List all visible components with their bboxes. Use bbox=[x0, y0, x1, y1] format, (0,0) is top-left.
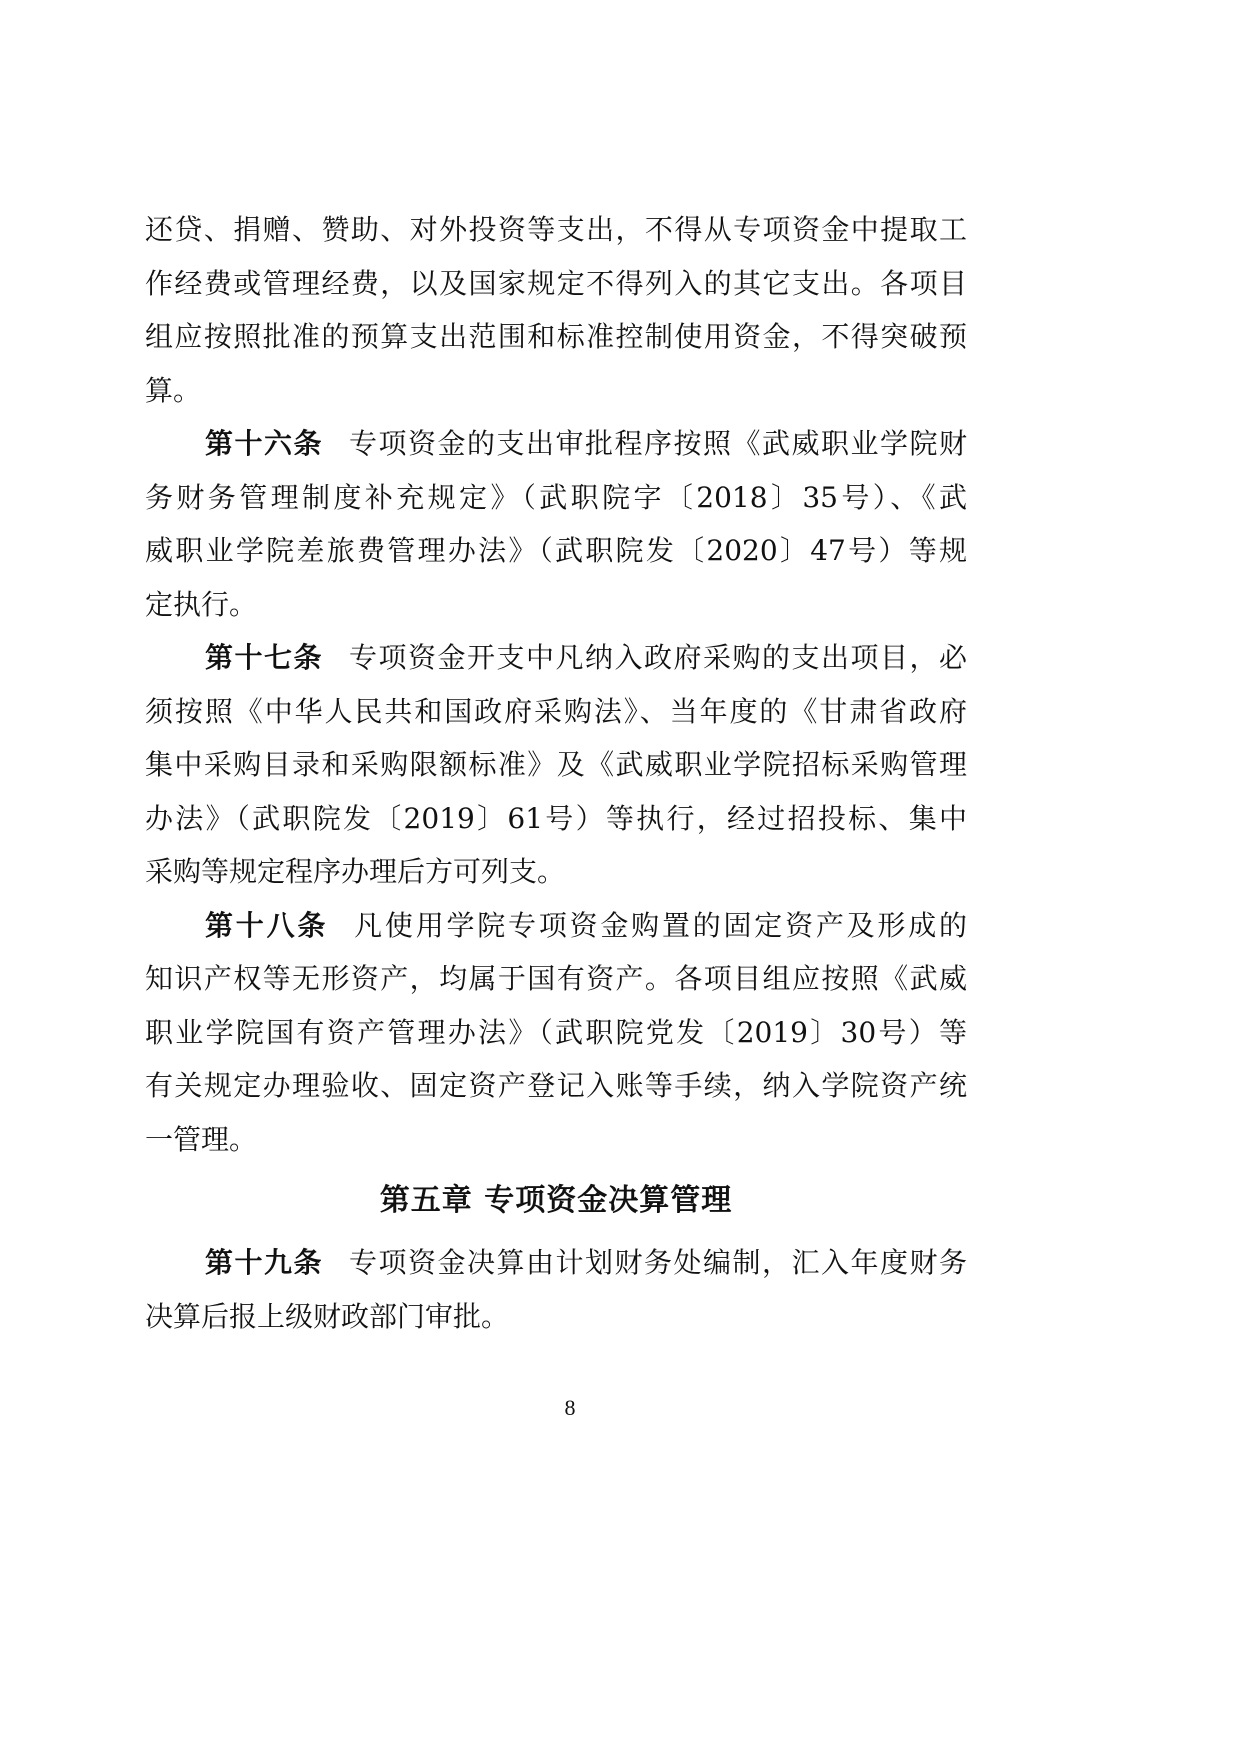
text-line: 须按照《中华人民共和国政府采购法》、当年度的《甘肃省政府 bbox=[145, 685, 967, 739]
article-label: 第十七条 bbox=[205, 641, 323, 674]
article-first-line: 第十八条凡使用学院专项资金购置的固定资产及形成的 bbox=[145, 899, 967, 953]
article-label: 第十九条 bbox=[205, 1246, 323, 1279]
article-18: 第十八条凡使用学院专项资金购置的固定资产及形成的 知识产权等无形资产，均属于国有… bbox=[145, 899, 967, 1167]
text-line: 定执行。 bbox=[145, 578, 967, 632]
text-line: 决算后报上级财政部门审批。 bbox=[145, 1290, 967, 1344]
article-label: 第十六条 bbox=[205, 427, 323, 460]
article-text: 凡使用学院专项资金购置的固定资产及形成的 bbox=[354, 909, 967, 942]
text-line: 知识产权等无形资产，均属于国有资产。各项目组应按照《武威 bbox=[145, 952, 967, 1006]
continuation-paragraph: 还贷、捐赠、赞助、对外投资等支出，不得从专项资金中提取工 作经费或管理经费，以及… bbox=[145, 203, 967, 417]
text-line: 办法》（武职院发〔2019〕61号）等执行，经过招投标、集中 bbox=[145, 792, 967, 846]
article-17: 第十七条专项资金开支中凡纳入政府采购的支出项目，必 须按照《中华人民共和国政府采… bbox=[145, 631, 967, 899]
page-number: 8 bbox=[0, 1395, 1140, 1421]
article-label: 第十八条 bbox=[205, 909, 328, 942]
article-19: 第十九条专项资金决算由计划财务处编制，汇入年度财务 决算后报上级财政部门审批。 bbox=[145, 1236, 967, 1343]
text-line: 采购等规定程序办理后方可列支。 bbox=[145, 845, 967, 899]
text-line: 一管理。 bbox=[145, 1113, 967, 1167]
article-first-line: 第十六条专项资金的支出审批程序按照《武威职业学院财 bbox=[145, 417, 967, 471]
article-first-line: 第十九条专项资金决算由计划财务处编制，汇入年度财务 bbox=[145, 1236, 967, 1290]
text-line: 务财务管理制度补充规定》（武职院字〔2018〕35号）、《武 bbox=[145, 471, 967, 525]
document-body: 还贷、捐赠、赞助、对外投资等支出，不得从专项资金中提取工 作经费或管理经费，以及… bbox=[145, 203, 967, 1343]
document-page: 还贷、捐赠、赞助、对外投资等支出，不得从专项资金中提取工 作经费或管理经费，以及… bbox=[0, 0, 1240, 1754]
text-line: 作经费或管理经费，以及国家规定不得列入的其它支出。各项目 bbox=[145, 257, 967, 311]
text-line: 有关规定办理验收、固定资产登记入账等手续，纳入学院资产统 bbox=[145, 1059, 967, 1113]
text-line: 集中采购目录和采购限额标准》及《武威职业学院招标采购管理 bbox=[145, 738, 967, 792]
text-line: 还贷、捐赠、赞助、对外投资等支出，不得从专项资金中提取工 bbox=[145, 203, 967, 257]
article-text: 专项资金决算由计划财务处编制，汇入年度财务 bbox=[349, 1246, 967, 1279]
article-text: 专项资金的支出审批程序按照《武威职业学院财 bbox=[349, 427, 967, 460]
chapter-heading: 第五章 专项资金决算管理 bbox=[145, 1166, 967, 1236]
text-line: 威职业学院差旅费管理办法》（武职院发〔2020〕47号）等规 bbox=[145, 524, 967, 578]
article-text: 专项资金开支中凡纳入政府采购的支出项目，必 bbox=[349, 641, 967, 674]
article-first-line: 第十七条专项资金开支中凡纳入政府采购的支出项目，必 bbox=[145, 631, 967, 685]
article-16: 第十六条专项资金的支出审批程序按照《武威职业学院财 务财务管理制度补充规定》（武… bbox=[145, 417, 967, 631]
text-line: 职业学院国有资产管理办法》（武职院党发〔2019〕30号）等 bbox=[145, 1006, 967, 1060]
text-line: 组应按照批准的预算支出范围和标准控制使用资金，不得突破预 bbox=[145, 310, 967, 364]
text-line: 算。 bbox=[145, 364, 967, 418]
